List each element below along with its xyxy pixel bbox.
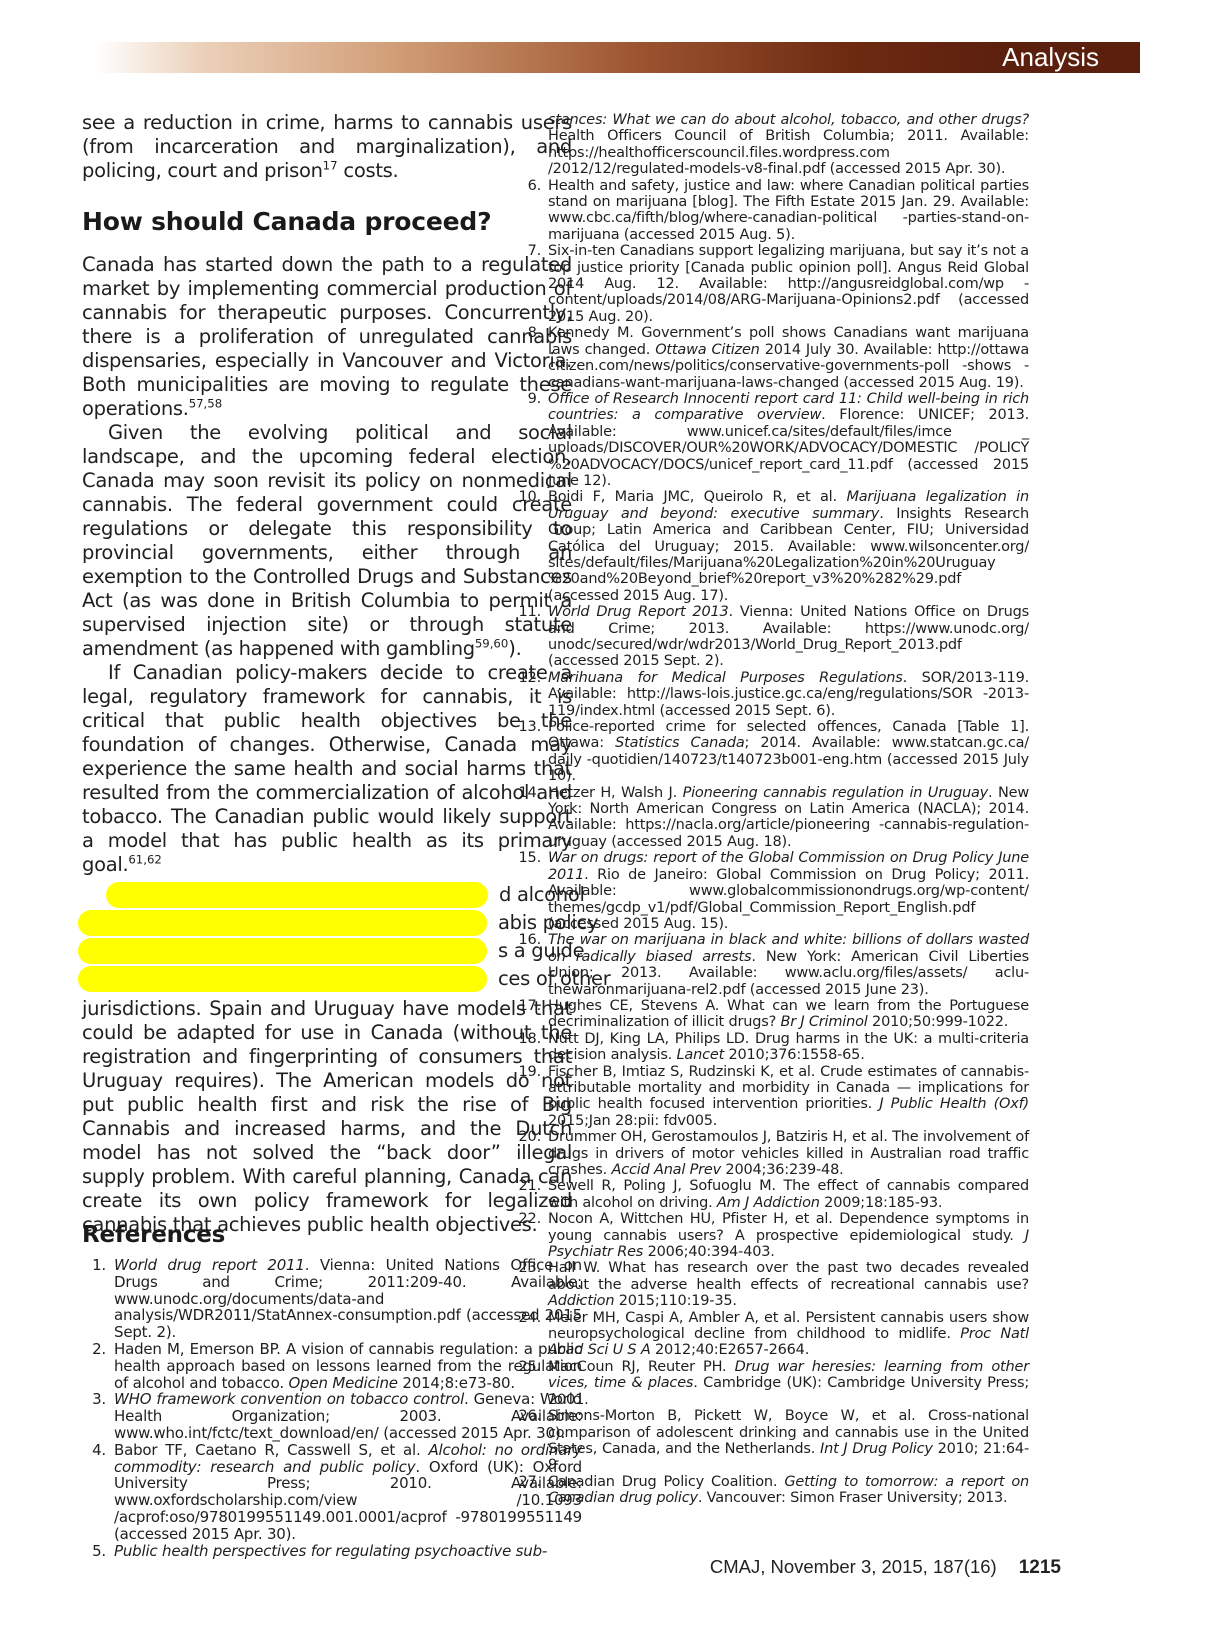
highlight-tail-text: abis policy: [487, 911, 598, 934]
reference-number: 2.: [82, 1341, 114, 1391]
reference-text: Office of Research Innocenti report card…: [548, 391, 1029, 489]
body-paragraph: Given the evolving political and social …: [82, 421, 572, 661]
reference-item: 8.Kennedy M. Government’s poll shows Can…: [505, 325, 1029, 391]
reference-text: War on drugs: report of the Global Commi…: [548, 850, 1029, 932]
text-run: costs.: [338, 159, 399, 182]
reference-item: stances: What we can do about alcohol, t…: [505, 112, 1029, 178]
body-paragraph: If Canadian policy-makers decide to crea…: [82, 661, 572, 877]
italic-text: Br J Criminol: [780, 1014, 867, 1030]
footer-journal-info: CMAJ, November 3, 2015, 187(16): [710, 1556, 997, 1578]
article-page: { "colors": { "header_dark": "#5b1f0e", …: [0, 0, 1219, 1632]
reference-text: Six-in-ten Canadians support legalizing …: [548, 243, 1029, 325]
reference-number: 1.: [82, 1257, 114, 1341]
reference-item: 4.Babor TF, Caetano R, Casswell S, et al…: [82, 1442, 582, 1543]
text-run: 2014;8:e73-80.: [398, 1374, 515, 1392]
italic-text: Accid Anal Prev: [611, 1162, 721, 1178]
text-run: Canadian Drug Policy Coalition.: [548, 1474, 784, 1490]
italic-text: Am J Addiction: [717, 1195, 820, 1211]
reference-text: WHO framework convention on tobacco cont…: [114, 1391, 582, 1441]
reference-text: Babor TF, Caetano R, Casswell S, et al. …: [114, 1442, 582, 1543]
reference-item: 23.Hall W. What has research over the pa…: [505, 1260, 1029, 1309]
reference-text: Boidi F, Maria JMC, Queirolo R, et al. M…: [548, 489, 1029, 604]
reference-text: Kennedy M. Government’s poll shows Canad…: [548, 325, 1029, 391]
reference-item: 5.Public health perspectives for regulat…: [82, 1543, 582, 1560]
reference-item: 10.Boidi F, Maria JMC, Queirolo R, et al…: [505, 489, 1029, 604]
text-run: Babor TF, Caetano R, Casswell S, et al.: [114, 1441, 429, 1459]
italic-text: Ottawa Citizen: [655, 342, 759, 358]
highlight-tail-text: ces of other: [487, 967, 610, 990]
references-column-left: References 1.World drug report 2011. Vie…: [82, 1222, 582, 1559]
text-run: 2015;Jan 28:pii: fdv005.: [548, 1113, 717, 1129]
italic-text: World drug report 2011: [114, 1256, 305, 1274]
text-run: . Rio de Janeiro: Global Commission on D…: [548, 867, 1029, 932]
text-run: ).: [508, 637, 521, 660]
reference-text: Health and safety, justice and law: wher…: [548, 178, 1029, 244]
text-run: Boidi F, Maria JMC, Queirolo R, et al.: [548, 489, 846, 505]
reference-text: Marihuana for Medical Purposes Regulatio…: [548, 670, 1029, 719]
highlight-line: abis policy: [82, 909, 572, 937]
citation-superscript: 17: [323, 159, 338, 173]
reference-text: Hetzer H, Walsh J. Pioneering cannabis r…: [548, 785, 1029, 851]
text-run: Health Officers Council of British Colum…: [548, 128, 1029, 177]
reference-text: World drug report 2011. Vienna: United N…: [114, 1257, 582, 1341]
citation-superscript: 59,60: [475, 637, 508, 651]
reference-item: 2.Haden M, Emerson BP. A vision of canna…: [82, 1341, 582, 1391]
italic-text: WHO framework convention on tobacco cont…: [114, 1390, 464, 1408]
reference-text: Sewell R, Poling J, Sofuoglu M. The effe…: [548, 1178, 1029, 1211]
reference-text: Nocon A, Wittchen HU, Pfister H, et al. …: [548, 1211, 1029, 1260]
section-heading: How should Canada proceed?: [82, 208, 572, 236]
text-run: 2009;18:185-93.: [820, 1195, 943, 1211]
reference-number: 3.: [82, 1391, 114, 1441]
text-run: Hall W. What has research over the past …: [548, 1260, 1029, 1292]
reference-item: 6.Health and safety, justice and law: wh…: [505, 178, 1029, 244]
reference-text: Nutt DJ, King LA, Philips LD. Drug harms…: [548, 1031, 1029, 1064]
reference-item: 19.Fischer B, Imtiaz S, Rudzinski K, et …: [505, 1064, 1029, 1130]
text-run: 2006;40:394-403.: [643, 1244, 775, 1260]
italic-text: Int J Drug Policy: [820, 1441, 933, 1457]
reference-text: Public health perspectives for regulatin…: [114, 1543, 582, 1560]
reference-item: 13.Police-reported crime for selected of…: [505, 719, 1029, 785]
reference-text: stances: What we can do about alcohol, t…: [548, 112, 1029, 178]
text-run: 2010;376:1558-65.: [724, 1047, 865, 1063]
reference-item: 9.Office of Research Innocenti report ca…: [505, 391, 1029, 489]
text-run: 2015;110:19-35.: [614, 1293, 737, 1309]
highlight-line: ces of other: [82, 965, 572, 993]
reference-text: World Drug Report 2013. Vienna: United N…: [548, 604, 1029, 670]
text-run: Given the evolving political and social …: [82, 421, 572, 660]
reference-item: 14.Hetzer H, Walsh J. Pioneering cannabi…: [505, 785, 1029, 851]
italic-text: J Public Health (Oxf): [879, 1096, 1029, 1112]
reference-number: 4.: [82, 1442, 114, 1543]
reference-text: MacCoun RJ, Reuter PH. Drug war heresies…: [548, 1359, 1029, 1408]
reference-text: Hughes CE, Stevens A. What can we learn …: [548, 998, 1029, 1031]
reference-text: Meier MH, Caspi A, Ambler A, et al. Pers…: [548, 1310, 1029, 1359]
reference-item: 27.Canadian Drug Policy Coalition. Getti…: [505, 1474, 1029, 1507]
text-run: jurisdictions. Spain and Uruguay have mo…: [82, 997, 572, 1236]
citation-superscript: 57,58: [189, 397, 222, 411]
reference-text: Police-reported crime for selected offen…: [548, 719, 1029, 785]
highlight-line: d alcohol: [82, 881, 572, 909]
highlight-line: s a guide: [82, 937, 572, 965]
highlight-tail-text: s a guide: [487, 939, 584, 962]
text-run: Nocon A, Wittchen HU, Pfister H, et al. …: [548, 1211, 1029, 1243]
section-label-analysis: Analysis: [1002, 42, 1099, 73]
references-column-right: stances: What we can do about alcohol, t…: [505, 112, 1029, 1507]
italic-text: Pioneering cannabis regulation in Urugua…: [683, 785, 988, 801]
reference-item: 25.MacCoun RJ, Reuter PH. Drug war heres…: [505, 1359, 1029, 1408]
reference-item: 22.Nocon A, Wittchen HU, Pfister H, et a…: [505, 1211, 1029, 1260]
text-run: Meier MH, Caspi A, Ambler A, et al. Pers…: [548, 1310, 1029, 1342]
reference-text: The war on marijuana in black and white:…: [548, 932, 1029, 998]
reference-number: 5.: [82, 1543, 114, 1560]
header-gradient-bar: Analysis: [95, 42, 1140, 73]
reference-item: 20.Drummer OH, Gerostamoulos J, Batziris…: [505, 1129, 1029, 1178]
reference-item: 24.Meier MH, Caspi A, Ambler A, et al. P…: [505, 1310, 1029, 1359]
highlight-block: [78, 966, 487, 992]
reference-item: 26.Simons-Morton B, Pickett W, Boyce W, …: [505, 1408, 1029, 1474]
body-paragraphs: Canada has started down the path to a re…: [82, 253, 572, 877]
reference-item: 11.World Drug Report 2013. Vienna: Unite…: [505, 604, 1029, 670]
reference-item: 1.World drug report 2011. Vienna: United…: [82, 1257, 582, 1341]
references-heading: References: [82, 1222, 582, 1248]
page-footer: CMAJ, November 3, 2015, 187(16) 1215: [710, 1556, 1061, 1579]
reference-text: Simons-Morton B, Pickett W, Boyce W, et …: [548, 1408, 1029, 1474]
highlight-tail-text: d alcohol: [488, 883, 585, 906]
reference-item: 21.Sewell R, Poling J, Sofuoglu M. The e…: [505, 1178, 1029, 1211]
text-run: If Canadian policy-makers decide to crea…: [82, 661, 572, 876]
reference-item: 12.Marihuana for Medical Purposes Regula…: [505, 670, 1029, 719]
italic-text: Statistics Canada: [615, 735, 744, 751]
closing-paragraph: jurisdictions. Spain and Uruguay have mo…: [82, 997, 572, 1237]
italic-text: Open Medicine: [289, 1374, 398, 1392]
reference-text: Hall W. What has research over the past …: [548, 1260, 1029, 1309]
text-run: 2012;40:E2657-2664.: [651, 1342, 810, 1358]
reference-item: 17.Hughes CE, Stevens A. What can we lea…: [505, 998, 1029, 1031]
text-run: 2010;50:999-1022.: [868, 1014, 1009, 1030]
text-run: Canada has started down the path to a re…: [82, 253, 572, 420]
reference-text: Haden M, Emerson BP. A vision of cannabi…: [114, 1341, 582, 1391]
article-body-column: see a reduction in crime, harms to canna…: [82, 111, 572, 1237]
reference-item: 18.Nutt DJ, King LA, Philips LD. Drug ha…: [505, 1031, 1029, 1064]
body-paragraph: Canada has started down the path to a re…: [82, 253, 572, 421]
intro-paragraph: see a reduction in crime, harms to canna…: [82, 111, 572, 183]
italic-text: Public health perspectives for regulatin…: [114, 1542, 547, 1560]
italic-text: Marihuana for Medical Purposes Regulatio…: [548, 670, 903, 686]
reference-item: 3.WHO framework convention on tobacco co…: [82, 1391, 582, 1441]
text-run: Six-in-ten Canadians support legalizing …: [548, 243, 1029, 325]
highlight-block: [78, 910, 487, 936]
highlight-block: [106, 882, 488, 908]
highlighted-passage: d alcoholabis policys a guideces of othe…: [82, 881, 572, 993]
citation-superscript: 61,62: [128, 853, 161, 867]
text-run: Health and safety, justice and law: wher…: [548, 178, 1029, 243]
text-run: 2004;36:239-48.: [721, 1162, 844, 1178]
reference-text: Fischer B, Imtiaz S, Rudzinski K, et al.…: [548, 1064, 1029, 1130]
reference-text: Drummer OH, Gerostamoulos J, Batziris H,…: [548, 1129, 1029, 1178]
footer-page-number: 1215: [1019, 1557, 1061, 1579]
italic-text: World Drug Report 2013: [548, 604, 729, 620]
reference-item: 7.Six-in-ten Canadians support legalizin…: [505, 243, 1029, 325]
italic-text: Lancet: [677, 1047, 725, 1063]
highlight-block: [78, 938, 487, 964]
reference-text: Canadian Drug Policy Coalition. Getting …: [548, 1474, 1029, 1507]
text-run: . Vancouver: Simon Fraser University; 20…: [698, 1490, 1008, 1506]
italic-text: stances: What we can do about alcohol, t…: [548, 112, 1029, 128]
